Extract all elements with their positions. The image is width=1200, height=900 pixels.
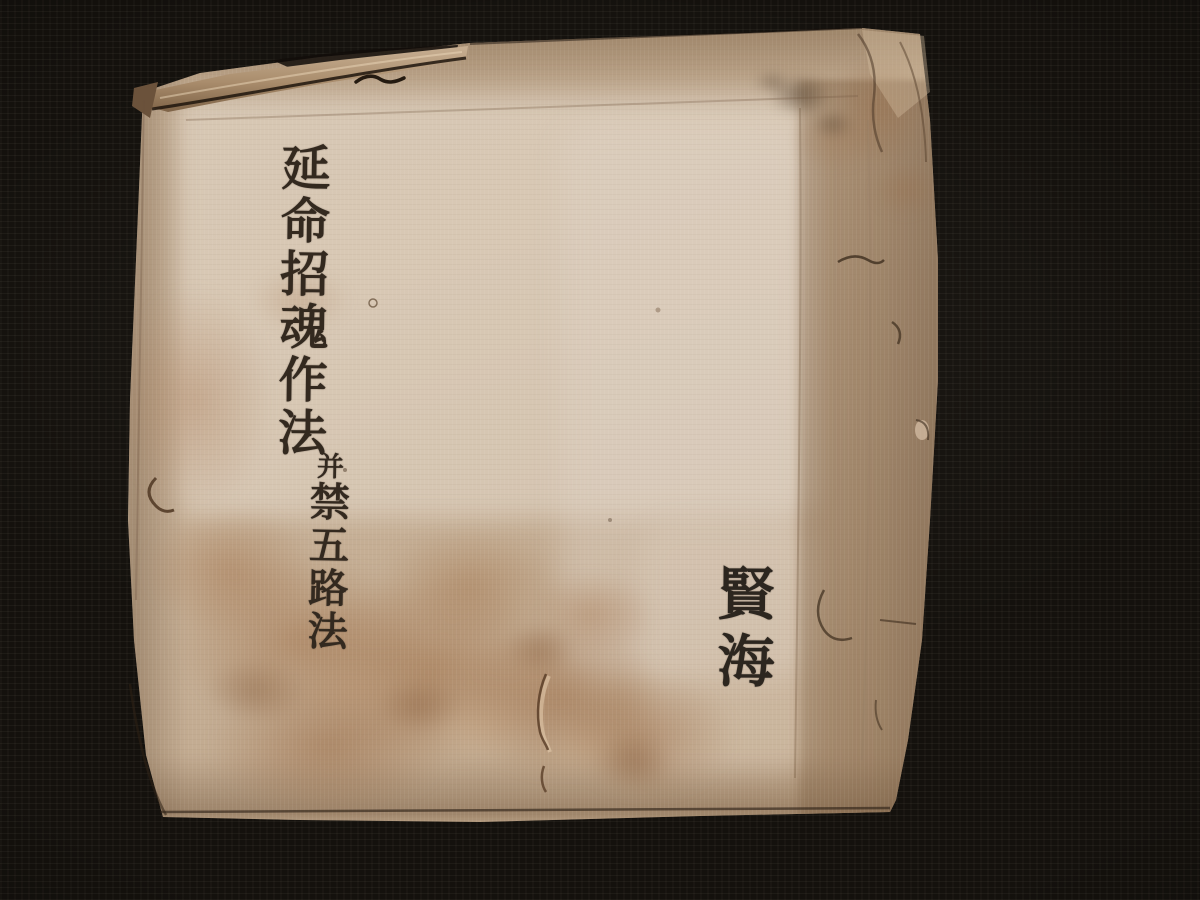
title-calligraphy: 延命招魂作法 (264, 142, 339, 488)
cover-bottom-edge-shading (135, 755, 905, 820)
subtitle-calligraphy: 并禁五路法 (295, 452, 357, 713)
signature-calligraphy: 賢海 (699, 564, 782, 735)
subtitle-prefix-char: 并 (312, 452, 344, 482)
subtitle-main-chars: 禁五路法 (301, 481, 351, 654)
photo-scene: 延命招魂作法 并禁五路法 賢海 (0, 0, 1200, 900)
